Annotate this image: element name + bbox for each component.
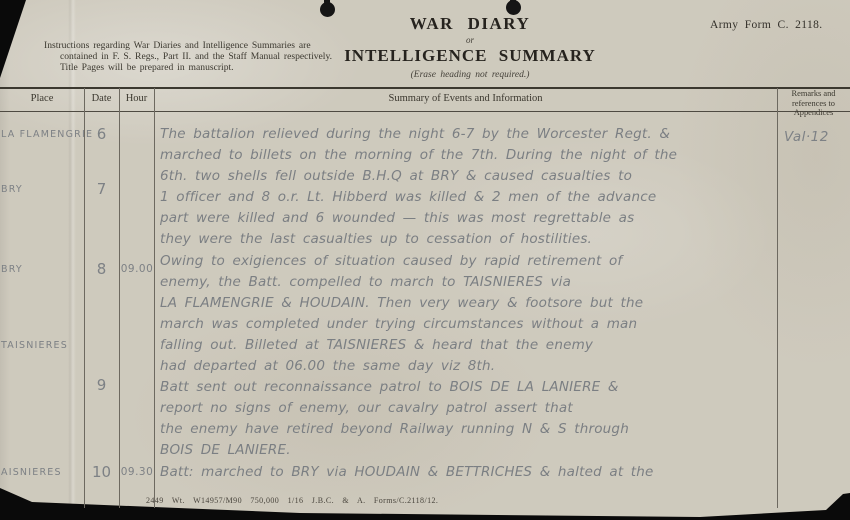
- diary-place: BRY: [1, 259, 83, 280]
- diary-summary-line: enemy, the Batt. compelled to march to T…: [160, 272, 772, 293]
- diary-summary-line: part were killed and 6 wounded — this wa…: [160, 208, 772, 229]
- diary-summary-line: The battalion relieved during the night …: [160, 124, 772, 145]
- diary-summary-line: falling out. Billeted at TAISNIERES & he…: [160, 335, 772, 356]
- form-title-intelligence-summary: INTELLIGENCE SUMMARY: [320, 46, 620, 66]
- diary-date: 9: [85, 375, 118, 396]
- war-diary-form-page: Army Form C. 2118. Instructions regardin…: [0, 0, 850, 520]
- summary-entries: The battalion relieved during the night …: [160, 124, 772, 483]
- diary-summary-line: LA FLAMENGRIE & HOUDAIN. Then very weary…: [160, 293, 772, 314]
- diary-summary-line: 1 officer and 8 o.r. Lt. Hibberd was kil…: [160, 187, 772, 208]
- diary-summary-line: Owing to exigiences of situation caused …: [160, 251, 772, 272]
- column-header-summary: Summary of Events and Information: [154, 93, 777, 104]
- diary-summary-line: had departed at 06.00 the same day viz 8…: [160, 356, 772, 377]
- diary-date: 8: [85, 259, 118, 280]
- diary-date: 10: [85, 462, 118, 483]
- diary-summary-line: Batt: marched to BRY via HOUDAIN & BETTR…: [160, 462, 772, 483]
- printers-imprint: 2449 Wt. W14957/M90 750,000 1/16 J.B.C. …: [146, 496, 438, 505]
- diary-hour: 09.00: [120, 259, 154, 280]
- diary-summary-line: report no signs of enemy, our cavalry pa…: [160, 398, 772, 419]
- diary-remark: Val·12: [784, 127, 846, 148]
- diary-summary-line: they were the last casualties up to cess…: [160, 229, 772, 250]
- diary-date: 7: [85, 179, 118, 200]
- diary-summary-line: march was completed under trying circums…: [160, 314, 772, 335]
- diary-place: BRY: [1, 179, 83, 200]
- diary-hour: 09.30: [120, 462, 154, 483]
- column-divider-summary-remarks: [777, 88, 778, 508]
- diary-place: AISNIERES: [1, 462, 83, 483]
- form-title-note: (Erase heading not required.): [320, 70, 620, 80]
- form-title-or: or: [320, 35, 620, 45]
- remarks-entries: Val·12: [784, 0, 846, 520]
- diary-place: TAISNIERES: [1, 335, 83, 356]
- form-title-block: WAR DIARY or INTELLIGENCE SUMMARY (Erase…: [320, 14, 620, 80]
- form-title-war-diary: WAR DIARY: [320, 14, 620, 34]
- place-entries: LA FLAMENGRIEBRYBRYTAISNIERESAISNIERES: [1, 0, 83, 520]
- diary-summary-line: 6th. two shells fell outside B.H.Q at BR…: [160, 166, 772, 187]
- punch-hole-icon: [506, 0, 521, 15]
- date-entries: 678910: [85, 0, 118, 520]
- diary-summary-line: Batt sent out reconnaissance patrol to B…: [160, 377, 772, 398]
- diary-date: 6: [85, 124, 118, 145]
- hour-entries: 09.0009.30: [120, 0, 154, 520]
- diary-summary-line: the enemy have retired beyond Railway ru…: [160, 419, 772, 440]
- diary-summary-line: BOIS DE LANIERE.: [160, 440, 772, 461]
- diary-summary-line: marched to billets on the morning of the…: [160, 145, 772, 166]
- diary-place: LA FLAMENGRIE: [1, 124, 83, 145]
- column-divider-hour-summary: [154, 88, 155, 508]
